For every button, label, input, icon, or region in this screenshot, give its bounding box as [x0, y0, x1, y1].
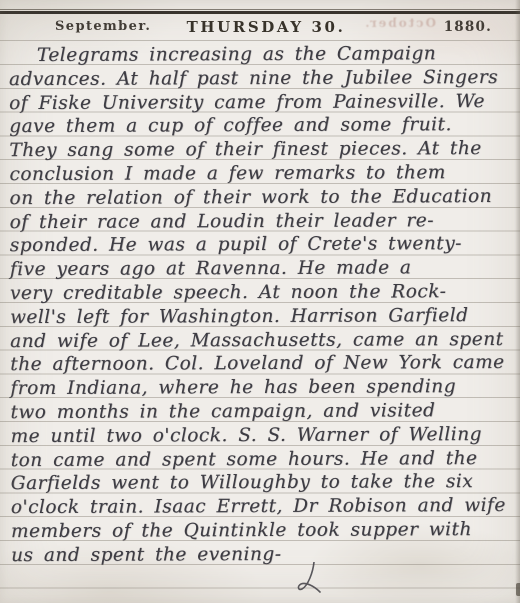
handwriting-line: Garfields went to Willoughby to take the…: [11, 470, 519, 496]
diary-page: September. THURSDAY 30. 1880. October. T…: [0, 0, 520, 603]
handwriting-line: sponded. He was a pupil of Crete's twent…: [10, 232, 518, 258]
handwriting-line: gave them a cup of coffee and some fruit…: [9, 113, 517, 139]
handwriting-line: They sang some of their finest pieces. A…: [9, 137, 517, 163]
diary-entry: Telegrams increasing as the Campaignadva…: [9, 42, 519, 568]
handwriting-line: conclusion I made a few remarks to them: [9, 161, 517, 187]
handwriting-line: me until two o'clock. S. S. Warner of We…: [11, 423, 519, 449]
handwriting-line: ton came and spent some hours. He and th…: [11, 446, 519, 472]
handwriting-line: of their race and Loudin their leader re…: [10, 208, 518, 234]
page-edge-shadow: [515, 0, 520, 603]
handwriting-line: and wife of Lee, Massachusetts, came an …: [10, 327, 518, 353]
bleedthrough-text: October.: [340, 16, 436, 30]
handwriting-line: o'clock train. Isaac Errett, Dr Robison …: [11, 494, 519, 520]
handwriting-line: us and spent the evening-: [11, 542, 519, 568]
handwriting-line: the afternoon. Col. Loveland of New York…: [10, 351, 518, 377]
handwriting-line: members of the Quintinkle took supper wi…: [11, 518, 519, 544]
handwriting-line: on the relation of their work to the Edu…: [9, 185, 517, 211]
handwriting-line: from Indiana, where he has been spending: [10, 375, 518, 401]
month-label: September.: [55, 19, 151, 34]
page-edge-mark: [516, 583, 520, 596]
handwriting-line: very creditable speech. At noon the Rock…: [10, 280, 518, 306]
handwriting-line: five years ago at Ravenna. He made a: [10, 256, 518, 282]
handwriting-line: advances. At half past nine the Jubilee …: [9, 66, 517, 92]
top-rule-thick: [0, 11, 520, 14]
day-heading: THURSDAY 30.: [187, 18, 346, 36]
handwriting-line: Telegrams increasing as the Campaign: [9, 42, 517, 68]
handwriting-line: well's left for Washington. Harrison Gar…: [10, 304, 518, 330]
handwriting-line: of Fiske University came from Painesvill…: [9, 89, 517, 115]
top-rule-thin: [0, 9, 520, 10]
year-label: 1880.: [444, 19, 492, 35]
handwriting-line: two months in the campaign, and visited: [10, 399, 518, 425]
